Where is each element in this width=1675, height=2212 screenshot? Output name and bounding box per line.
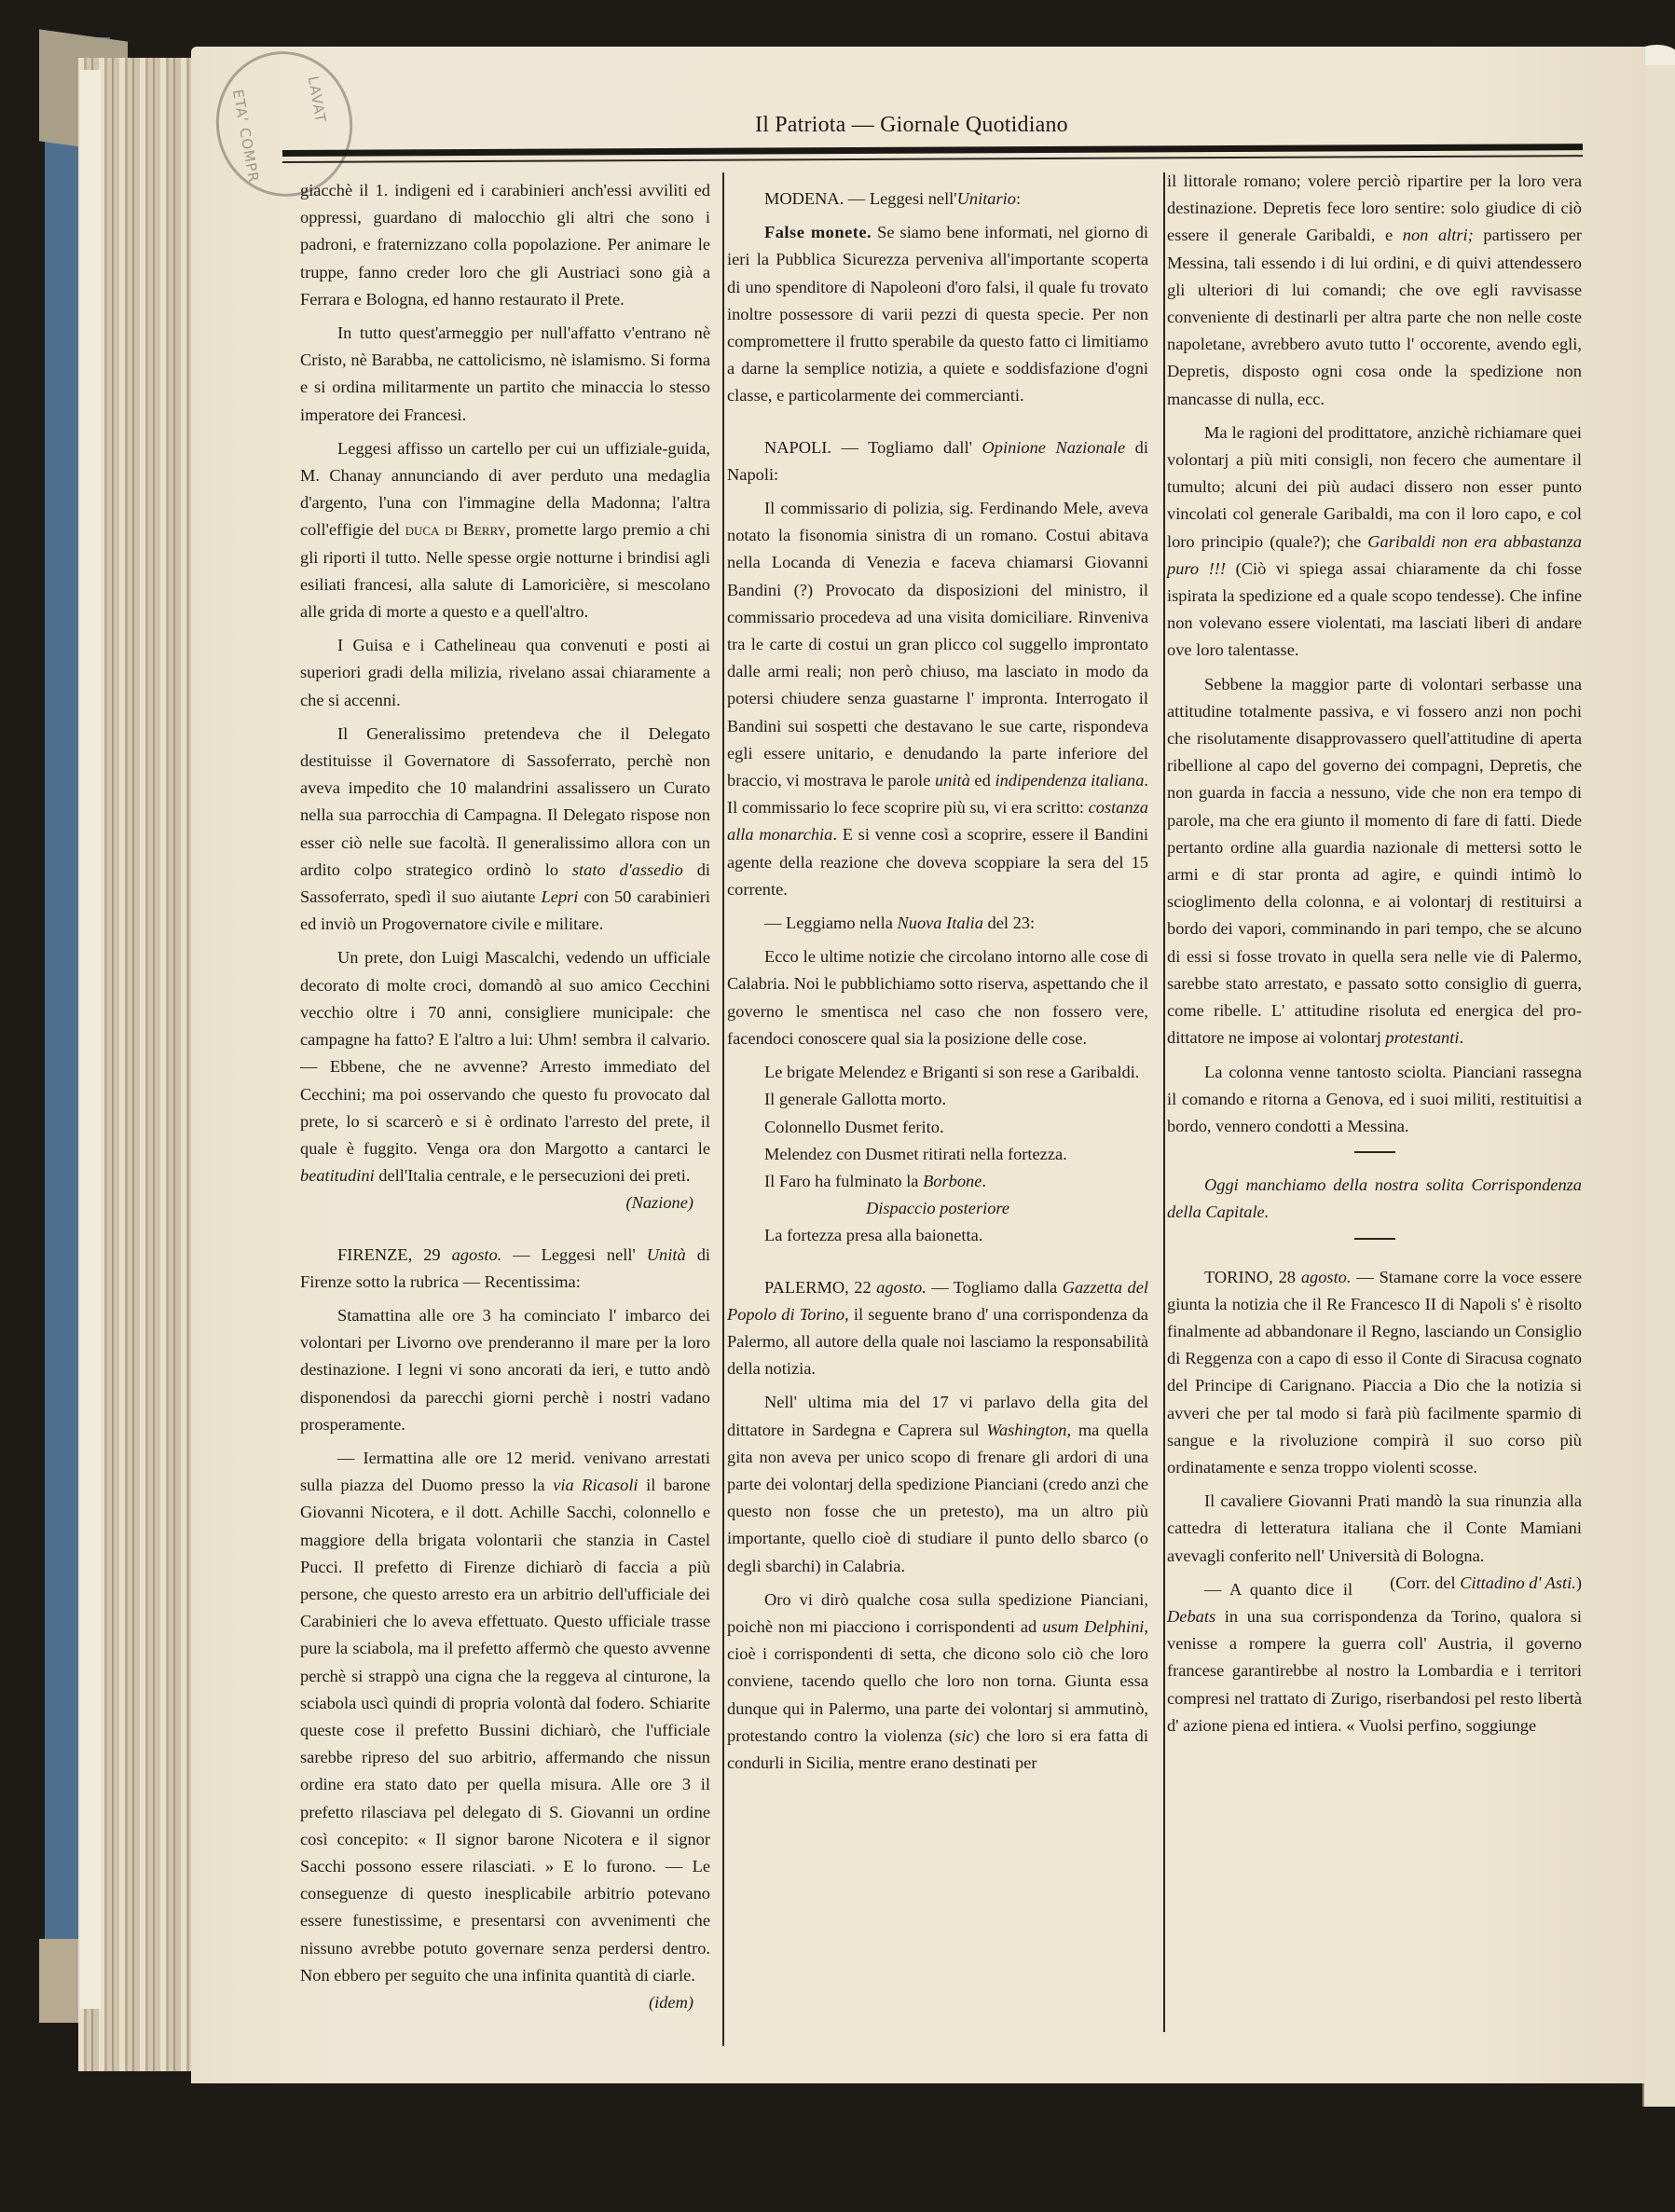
text-run: dell'Italia centrale, e le persecuzioni … — [375, 1166, 691, 1185]
article-paragraph: NAPOLI. — Togliamo dall' Opinione Nazion… — [727, 434, 1148, 488]
italic-phrase: Cittadino d' Asti. — [1460, 1573, 1576, 1592]
article-paragraph: In tutto quest'armeggio per null'affatto… — [300, 320, 710, 429]
article-paragraph: False monete. Se siamo bene informati, n… — [727, 219, 1148, 409]
section-separator — [1354, 1151, 1395, 1153]
italic-phrase: non altri; — [1403, 226, 1474, 244]
text-run: La colonna venne tantosto sciolta. Pianc… — [1167, 1063, 1582, 1135]
article-paragraph: Stamattina alle ore 3 ha cominciato l' i… — [300, 1302, 710, 1438]
article-paragraph-continued: il littorale romano; volere perciò ripar… — [1167, 168, 1582, 413]
article-paragraph: Oro vi dirò qualche cosa sulla spedizion… — [727, 1587, 1148, 1777]
source-attribution: (idem) — [300, 1989, 710, 2016]
text-run: — Togliamo dalla — [927, 1278, 1063, 1297]
article-paragraph: Il cavaliere Giovanni Prati mandò la sua… — [1167, 1488, 1582, 1570]
text-run: : — [1016, 189, 1021, 208]
dispatch-heading: Dispaccio posteriore — [727, 1195, 1148, 1222]
text-run: Stamattina alle ore 3 ha cominciato l' i… — [300, 1306, 710, 1434]
text-run: — A quanto dice il — [1204, 1580, 1352, 1599]
italic-phrase: protestanti — [1385, 1028, 1459, 1047]
italic-phrase: agosto. — [452, 1245, 502, 1264]
article-paragraph: Le brigate Melendez e Briganti si son re… — [727, 1059, 1148, 1086]
text-run: duca di Berry — [405, 520, 506, 539]
next-page-edge — [1642, 56, 1675, 2107]
text-run: giacchè il 1. indigeni ed i carabinieri … — [300, 181, 710, 309]
article-paragraph: Un prete, don Luigi Mascalchi, vedendo u… — [300, 944, 710, 1189]
article-paragraph: I Guisa e i Cathelineau qua convenuti e … — [300, 632, 710, 714]
italic-phrase: Borbone — [923, 1172, 982, 1190]
text-run: I Guisa e i Cathelineau qua convenuti e … — [300, 636, 710, 708]
source-attribution: (Corr. del Cittadino d' Asti.) — [1352, 1570, 1582, 1597]
italic-phrase: sic — [954, 1726, 973, 1745]
text-run: (Ciò vi spiega assai chiaramente da chi … — [1167, 559, 1582, 660]
text-run: Colonnello Dusmet ferito. — [764, 1118, 944, 1136]
article-paragraph: Il commissario di polizia, sig. Ferdinan… — [727, 495, 1148, 903]
text-run: Il cavaliere Giovanni Prati mandò la sua… — [1167, 1491, 1582, 1564]
text-run: , ma quella gita non aveva per unico sco… — [727, 1421, 1148, 1575]
text-run: (Corr. del — [1390, 1573, 1460, 1592]
article-paragraph: Nell' ultima mia del 17 vi parlavo della… — [727, 1389, 1148, 1579]
article-paragraph: Il Generalissimo pretendeva che il Deleg… — [300, 721, 710, 939]
italic-phrase: Unità — [647, 1245, 686, 1264]
text-run: ed — [970, 771, 995, 790]
source-attribution: (Nazione) — [300, 1189, 710, 1216]
column-divider-1 — [722, 172, 724, 2046]
text-run: Un prete, don Luigi Mascalchi, vedendo u… — [300, 948, 710, 1157]
running-head: Il Patriota — Giornale Quotidiano — [755, 113, 1068, 138]
article-paragraph: PALERMO, 22 agosto. — Togliamo dalla Gaz… — [727, 1274, 1148, 1383]
article-paragraph: La colonna venne tantosto sciolta. Pianc… — [1167, 1059, 1582, 1141]
text-run: — Leggesi nell' — [501, 1245, 647, 1264]
italic-phrase: Lepri — [541, 887, 578, 906]
section-separator — [1354, 1238, 1395, 1240]
text-run: PALERMO, 22 — [764, 1278, 876, 1297]
stamp-text-right: LAVAT — [305, 75, 330, 124]
text-run: Dispaccio posteriore — [866, 1199, 1009, 1217]
text-run: Se siamo bene informati, nel giorno di i… — [727, 223, 1148, 405]
article-paragraph: — Leggiamo nella Nuova Italia del 23: — [727, 910, 1148, 937]
text-run: TORINO, 28 — [1204, 1268, 1301, 1286]
bold-headline: False monete. — [764, 223, 872, 241]
italic-phrase: beatitudini — [300, 1166, 375, 1185]
text-run: (idem) — [649, 1993, 693, 2012]
text-run: in una sua corrispondenza da Torino, qua… — [1167, 1607, 1582, 1735]
article-paragraph: — A quanto dice il Debats in una sua cor… — [1167, 1576, 1582, 1739]
article-paragraph: Leggesi affisso un cartello per cui un u… — [300, 435, 710, 625]
text-run: . — [982, 1172, 986, 1190]
text-run: Melendez con Dusmet ritirati nella forte… — [764, 1145, 1067, 1163]
column-middle: MODENA. — Leggesi nell'Unitario:False mo… — [727, 179, 1148, 1777]
text-run: FIRENZE, 29 — [337, 1245, 452, 1264]
text-run: . — [1459, 1028, 1463, 1047]
article-paragraph: Ma le ragioni del prodittatore, anzichè … — [1167, 419, 1582, 665]
text-run: — Leggiamo nella — [764, 914, 897, 932]
italic-phrase: usum Delphini — [1042, 1617, 1144, 1636]
italic-phrase: via Ricasoli — [553, 1476, 638, 1494]
text-run: Il commissario di polizia, sig. Ferdinan… — [727, 499, 1148, 790]
text-run: NAPOLI. — Togliamo dall' — [764, 438, 982, 457]
text-run: (Nazione) — [625, 1193, 693, 1212]
italic-phrase: Washington — [986, 1421, 1066, 1439]
text-run: MODENA. — Leggesi nell' — [764, 189, 957, 208]
article-paragraph: MODENA. — Leggesi nell'Unitario: — [727, 185, 1148, 213]
italic-phrase: Nuova Italia — [897, 914, 982, 932]
column-left: giacchè il 1. indigeni ed i carabinieri … — [300, 177, 710, 2016]
news-line: Il Faro ha fulminato la Borbone. — [727, 1168, 1148, 1195]
article-paragraph-continued: giacchè il 1. indigeni ed i carabinieri … — [300, 177, 710, 313]
text-run: il barone Giovanni Nicotera, e il dott. … — [300, 1476, 710, 1985]
text-run: Ecco le ultime notizie che circolano int… — [727, 947, 1148, 1048]
italic-phrase: Opinione Nazionale — [982, 438, 1126, 457]
italic-phrase: stato d'assedio — [572, 860, 683, 879]
text-run: Il Faro ha fulminato la — [764, 1172, 923, 1190]
article-paragraph: Ecco le ultime notizie che circolano int… — [727, 943, 1148, 1052]
text-run: ) — [1576, 1573, 1582, 1592]
news-line: Colonnello Dusmet ferito. — [727, 1114, 1148, 1141]
text-run: La fortezza presa alla baionetta. — [764, 1226, 982, 1244]
text-run: Sebbene la maggior parte di volontari se… — [1167, 675, 1582, 1048]
italic-phrase: Unitario — [957, 189, 1016, 208]
text-run: Oggi manchiamo della nostra solita Corri… — [1167, 1175, 1582, 1221]
italic-phrase: agosto. — [876, 1278, 927, 1297]
text-run: — Stamane corre la voce essere giunta la… — [1167, 1268, 1582, 1477]
text-run: partissero per Messina, tali essendo i d… — [1167, 226, 1582, 407]
text-run: Il Generalissimo pretendeva che il Deleg… — [300, 724, 710, 879]
text-run: In tutto quest'armeggio per null'affatto… — [300, 323, 710, 424]
italic-phrase: agosto. — [1301, 1268, 1352, 1286]
italic-phrase: Debats — [1167, 1607, 1215, 1626]
editorial-note: Oggi manchiamo della nostra solita Corri… — [1167, 1172, 1582, 1226]
article-paragraph: TORINO, 28 agosto. — Stamane corre la vo… — [1167, 1264, 1582, 1482]
page-stack-highlight — [80, 70, 101, 2009]
column-divider-2 — [1163, 172, 1165, 2032]
news-line: Il generale Gallotta morto. — [727, 1086, 1148, 1113]
text-run: del 23: — [983, 914, 1035, 932]
italic-phrase: indipendenza italiana — [995, 771, 1144, 790]
article-paragraph: Sebbene la maggior parte di volontari se… — [1167, 671, 1582, 1052]
italic-phrase: unità — [935, 771, 970, 790]
news-line: La fortezza presa alla baionetta. — [727, 1222, 1148, 1249]
stamp-text-left: ETA' COMPR — [229, 89, 262, 185]
text-run: Il generale Gallotta morto. — [764, 1090, 946, 1108]
text-run: Le brigate Melendez e Briganti si son re… — [764, 1063, 1139, 1081]
column-right: il littorale romano; volere perciò ripar… — [1167, 168, 1582, 1739]
article-paragraph: — Iermattina alle ore 12 merid. venivano… — [300, 1445, 710, 1989]
text-run: , spedì il suo aiutante — [385, 887, 542, 906]
article-paragraph: FIRENZE, 29 agosto. — Leggesi nell' Unit… — [300, 1242, 710, 1296]
news-line: Melendez con Dusmet ritirati nella forte… — [727, 1141, 1148, 1168]
